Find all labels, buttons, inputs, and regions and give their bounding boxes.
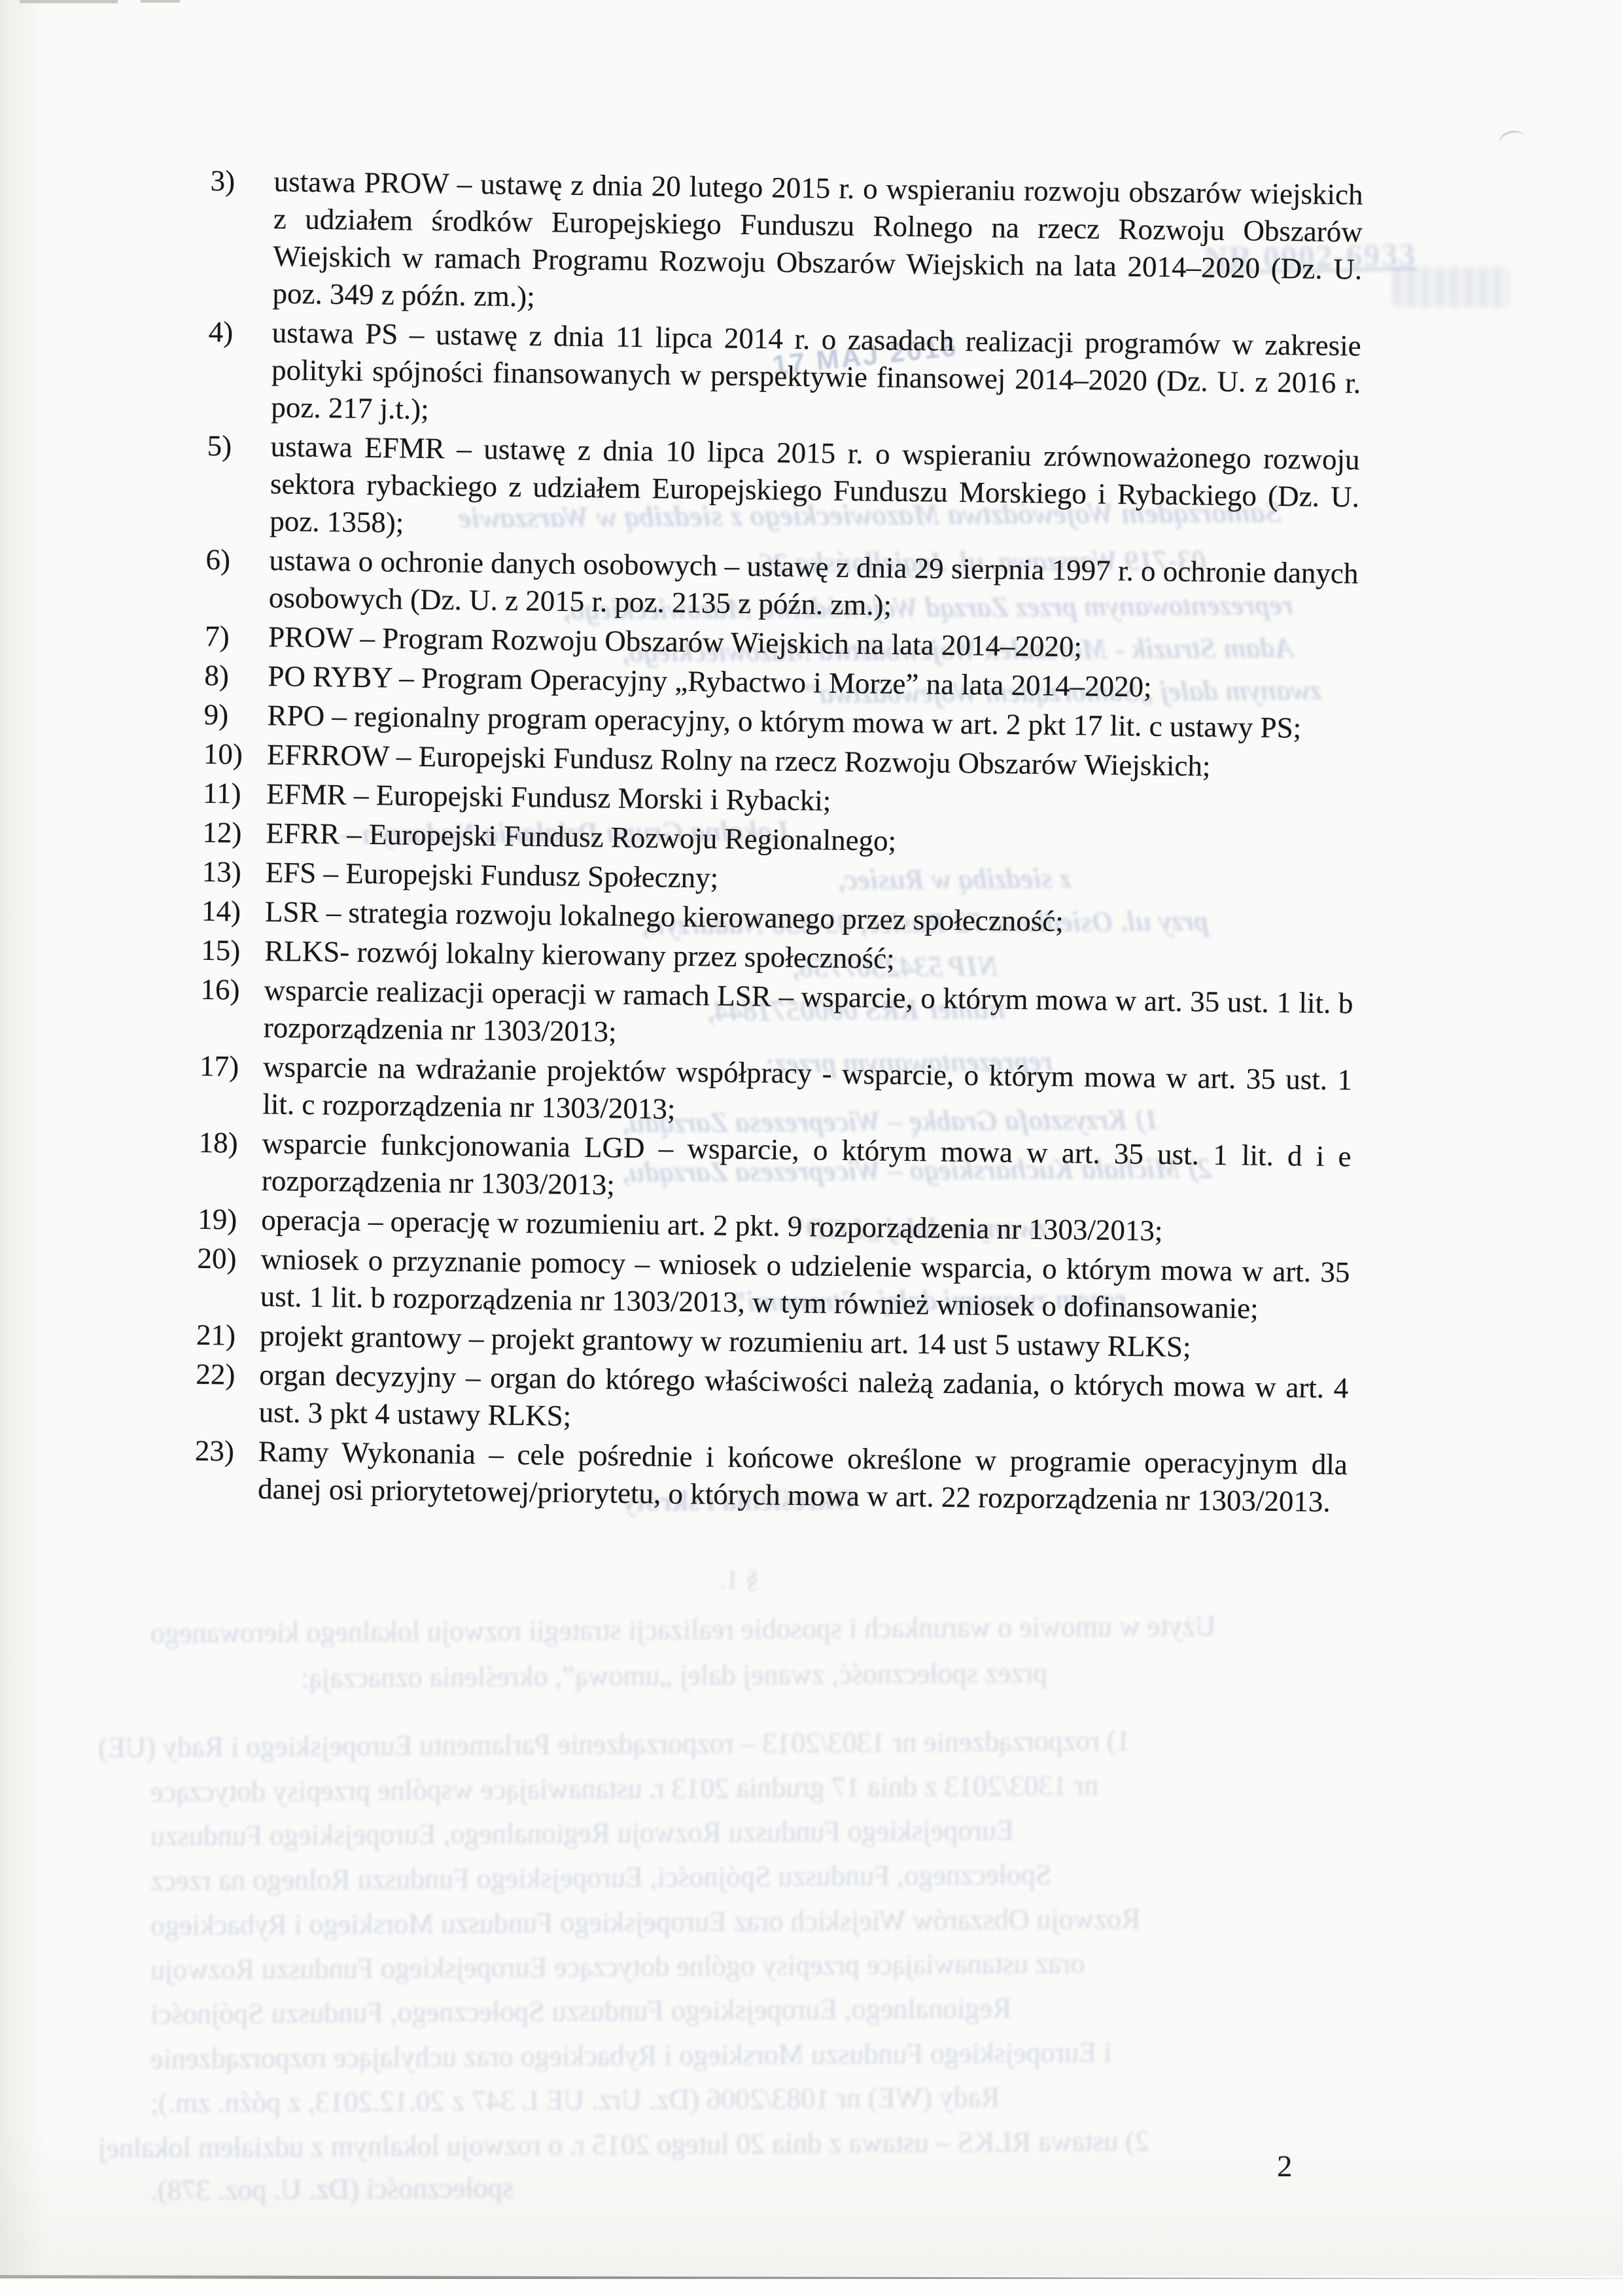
item-number: 17) (199, 1048, 263, 1123)
item-text: wsparcie na wdrażanie projektów współpra… (262, 1048, 1352, 1136)
item-number: 10) (203, 735, 268, 773)
bleedthrough-text: Rozwoju Obszarów Wiejskich oraz Europejs… (150, 1902, 1141, 1943)
item-text: ustawa EFMR – ustawę z dnia 10 lipca 201… (270, 428, 1360, 553)
bleedthrough-text: Użyte w umowie o warunkach i sposobie re… (150, 1609, 1216, 1650)
bleedthrough-text: Społecznego, Funduszu Spójności, Europej… (150, 1858, 1052, 1898)
item-number: 8) (204, 657, 268, 695)
scan-squiggle-artifact (1497, 128, 1527, 154)
scan-shading-left (0, 0, 46, 2296)
list-item: 4)ustawa PS – ustawę z dnia 11 lipca 201… (207, 313, 1361, 440)
item-number: 6) (205, 541, 270, 616)
bleedthrough-text: § 1. (720, 1564, 759, 1595)
bleedthrough-text: nr 1303/2013 z dnia 17 grudnia 2013 r. u… (150, 1769, 1098, 1809)
list-item: 6)ustawa o ochronie danych osobowych – u… (205, 541, 1359, 630)
scanned-document-page: NR 0002-693317 MAJ 2016Samorządem Wojewó… (0, 0, 1623, 2296)
list-item: 5)ustawa EFMR – ustawę z dnia 10 lipca 2… (206, 427, 1360, 554)
list-item: 16)wsparcie realizacji operacji w ramach… (200, 971, 1353, 1060)
item-number: 21) (196, 1316, 260, 1354)
list-item: 18)wsparcie funkcjonowania LGD – wsparci… (198, 1124, 1352, 1213)
item-number: 4) (207, 313, 272, 426)
bleedthrough-text: przez społeczność, zwanej dalej „umową”,… (301, 1656, 1047, 1695)
bleedthrough-text: społeczności (Dz. U. poz. 378). (150, 2171, 514, 2207)
item-text: Ramy Wykonania – cele pośrednie i końcow… (258, 1433, 1348, 1521)
item-number: 13) (201, 853, 266, 891)
bleedthrough-text: Regionalnego, Europejskiego Funduszu Spo… (150, 1991, 1012, 2030)
item-number: 18) (198, 1124, 262, 1199)
item-number: 14) (201, 892, 266, 930)
item-number: 11) (203, 775, 267, 813)
item-number: 23) (194, 1432, 258, 1508)
item-number: 3) (209, 162, 274, 312)
bleedthrough-text: Rady (WE) nr 1083/2006 (Dz. Urz. UE L 34… (150, 2080, 1000, 2119)
bleedthrough-text: 1) rozporządzenie nr 1303/2013 – rozporz… (98, 1723, 1131, 1764)
item-number: 19) (198, 1201, 262, 1239)
item-number: 15) (201, 932, 265, 970)
list-item: 22)organ decyzyjny – organ do którego wł… (195, 1356, 1348, 1445)
bleedthrough-text: oraz ustanawiające przepisy ogólne dotyc… (150, 1947, 1085, 1987)
list-item: 23)Ramy Wykonania – cele pośrednie i koń… (194, 1432, 1348, 1521)
scanner-background (0, 2279, 1623, 2296)
item-number: 20) (196, 1240, 260, 1315)
item-number: 7) (205, 618, 269, 656)
page-number: 2 (1277, 2149, 1293, 2184)
definitions-list: 3)ustawa PROW – ustawę z dnia 20 lutego … (194, 162, 1363, 1523)
item-number: 5) (206, 427, 271, 540)
item-number: 9) (203, 696, 268, 734)
item-text: ustawa PS – ustawę z dnia 11 lipca 2014 … (271, 314, 1361, 439)
bleedthrough-text: Europejskiego Funduszu Rozwoju Regionaln… (150, 1813, 1014, 1852)
list-item: 3)ustawa PROW – ustawę z dnia 20 lutego … (209, 162, 1363, 326)
item-text: ustawa o ochronie danych osobowych – ust… (269, 542, 1359, 629)
item-text: wsparcie realizacji operacji w ramach LS… (263, 972, 1353, 1059)
bleedthrough-heading-blob (1392, 267, 1510, 308)
item-text: ustawa PROW – ustawę z dnia 20 lutego 20… (272, 163, 1363, 325)
item-text: wniosek o przyznanie pomocy – wniosek o … (260, 1241, 1350, 1328)
item-text: wsparcie funkcjonowania LGD – wsparcie, … (262, 1125, 1352, 1212)
list-item: 17)wsparcie na wdrażanie projektów współ… (199, 1048, 1352, 1137)
bleedthrough-text: i Europejskiego Funduszu Morskiego i Ryb… (150, 2036, 1112, 2075)
item-number: 16) (200, 971, 264, 1046)
item-number: 22) (195, 1356, 259, 1431)
scan-edge-mark (20, 0, 118, 3)
list-item: 20)wniosek o przyznanie pomocy – wniosek… (196, 1240, 1350, 1329)
scan-edge-mark (141, 0, 180, 3)
item-text: organ decyzyjny – organ do którego właśc… (258, 1356, 1348, 1444)
item-number: 12) (202, 814, 266, 852)
